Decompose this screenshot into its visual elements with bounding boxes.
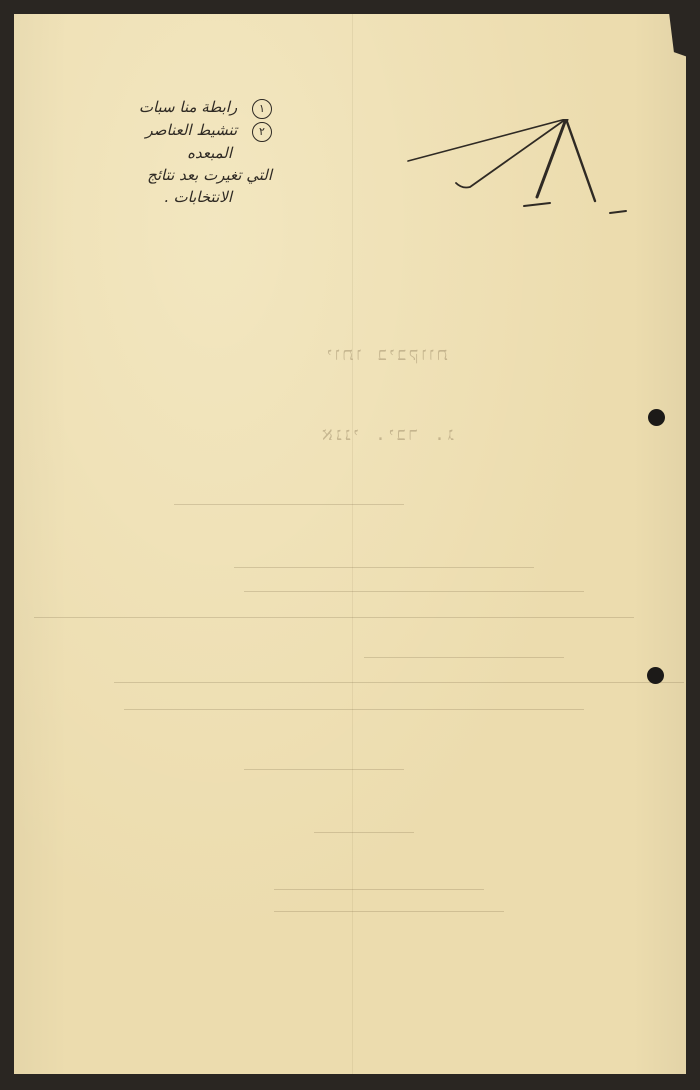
note-item-2-line-1: تنشيط العناصر	[146, 121, 238, 139]
note-number-2: ٢	[252, 122, 272, 142]
note-item-1-text: رابطة منا سبات	[139, 98, 237, 116]
showthrough-line-1: יותו ביבקוות	[324, 344, 448, 365]
note-item-1: ١ رابطة منا سبات	[42, 96, 272, 119]
showthrough-rule-5	[364, 657, 564, 658]
showthrough-rule-11	[274, 911, 504, 912]
showthrough-rule-8	[244, 769, 404, 770]
note-item-2: ٢ تنشيط العناصر	[42, 119, 272, 142]
note-number-1: ١	[252, 99, 272, 119]
showthrough-line-2: אנני .יבר .ג	[319, 424, 454, 445]
showthrough-rule-1	[174, 504, 404, 505]
note-item-2-line-2: المبعده	[42, 142, 232, 164]
showthrough-rule-2	[234, 567, 534, 568]
paper-fold	[352, 14, 353, 1074]
punch-hole-bottom	[647, 667, 664, 684]
showthrough-rule-9	[314, 832, 414, 833]
showthrough-rule-6	[114, 682, 684, 683]
note-item-2-line-4: الانتخابات .	[42, 186, 232, 208]
handwritten-note: ١ رابطة منا سبات ٢ تنشيط العناصر المبعده…	[42, 96, 272, 208]
document-page: ١ رابطة منا سبات ٢ تنشيط العناصر المبعده…	[14, 14, 686, 1074]
showthrough-rule-7	[124, 709, 584, 710]
showthrough-rule-4	[34, 617, 634, 618]
showthrough-rule-10	[274, 889, 484, 890]
pen-sketch-icon	[404, 119, 644, 229]
showthrough-rule-3	[244, 591, 584, 592]
punch-hole-top	[648, 409, 665, 426]
note-item-2-line-3: التي تغيرت بعد نتائج	[42, 164, 272, 186]
